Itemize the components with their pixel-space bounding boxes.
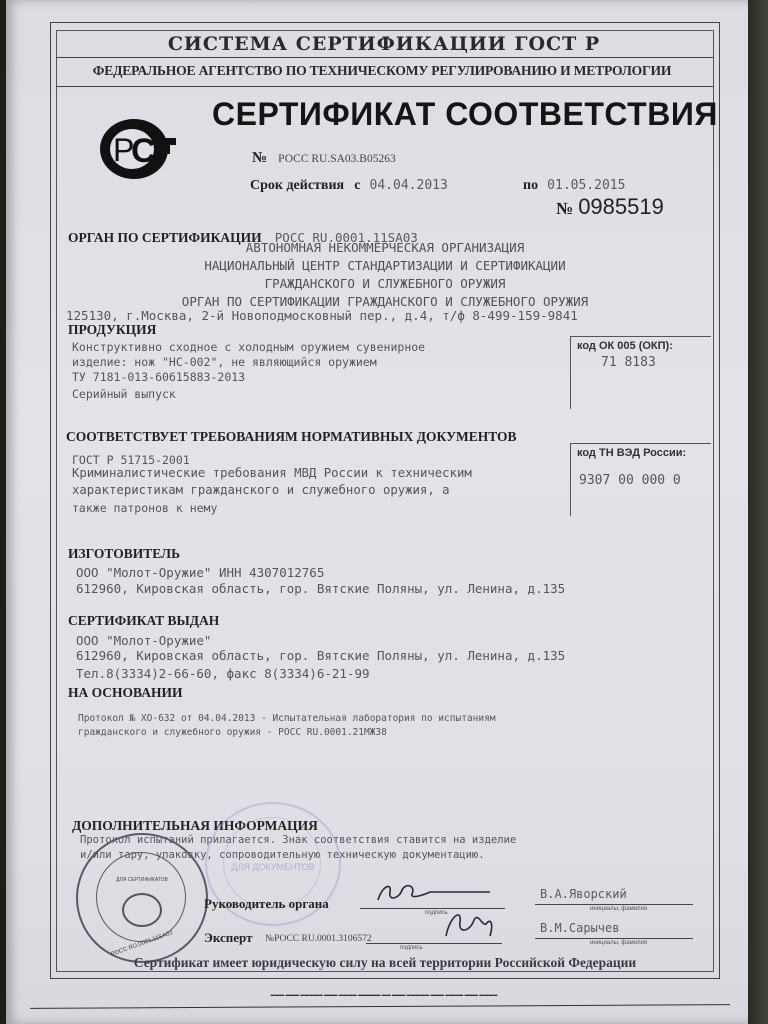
background-edge-right [748,0,768,1024]
okp-code: 71 8183 [571,352,711,370]
header-divider-bottom [56,86,714,87]
compliance-line-4: также патронов к нему [72,501,217,516]
official-seal-icon: ДЛЯ СЕРТИФИКАТОВ РОСС RU.0001.11SA03 [76,833,208,963]
header-divider-top [56,57,714,58]
product-line-4: Серийный выпуск [72,387,176,402]
compliance-line-2: Криминалистические требования МВД России… [72,466,472,481]
expert-registration: №РОСС RU.0001.3106572 [265,934,372,944]
tnved-code-box: код ТН ВЭД России: 9307 00 000 0 [570,443,711,516]
issued-to-line-1: ООО "Молот-Оружие" [76,633,211,648]
head-name-line [535,904,693,905]
tnved-label: код ТН ВЭД России: [571,444,711,459]
product-line-2: изделие: нож "НС-002", не являющийся ору… [72,355,377,370]
head-name-caption: инициалы, фамилия [590,906,647,912]
to-label: по [523,178,538,193]
basis-line-1: Протокол № ХО-632 от 04.04.2013 - Испыта… [78,712,496,725]
validity-period: Срок действия с 04.04.2013 [250,174,448,194]
manufacturer-label: ИЗГОТОВИТЕЛЬ [68,546,180,562]
product-line-3: ТУ 7181-013-60615883-2013 [72,370,245,385]
okp-label: код ОК 005 (ОКП): [571,337,711,352]
svg-text:C: C [131,132,156,170]
certification-body-line-3: ГРАЖДАНСКОГО И СЛУЖЕБНОГО ОРУЖИЯ [60,275,710,294]
manufacturer-line-1: ООО "Молот-Оружие" ИНН 4307012765 [76,565,324,580]
agency-name: ФЕДЕРАЛЬНОЕ АГЕНТСТВО ПО ТЕХНИЧЕСКОМУ РЕ… [62,63,702,79]
number-label: № [252,150,267,166]
printer-fine-print: ▬▬▬ ▬▬▬ ▬▬▬▬▬ ▬▬▬ ▬▬▬▬ ▬▬▬▬▬ ▬▬ ▬▬▬ ▬▬▬▬… [0,992,768,997]
basis-line-2: гражданского и служебного оружия - РОСС … [78,726,387,739]
document-title: СЕРТИФИКАТ СООТВЕТСТВИЯ [212,96,718,133]
head-label: Руководитель органа [204,896,329,912]
from-label: с [354,178,360,193]
product-line-1: Конструктивно сходное с холодным оружием… [72,340,425,355]
product-label: ПРОДУКЦИЯ [68,322,156,338]
number-value: РОСС RU.SA03.B05263 [278,153,396,165]
certificate-number: № РОСС RU.SA03.B05263 [252,147,396,167]
basis-label: НА ОСНОВАНИИ [68,685,182,701]
expert-name-line [535,938,693,939]
rst-conformity-mark-icon: P C [98,118,186,180]
issued-to-line-3: Тел.8(3334)2-66-60, факс 8(3334)6-21-99 [76,666,370,681]
okp-code-box: код ОК 005 (ОКП): 71 8183 [570,336,711,409]
seal-center-text: ДЛЯ СЕРТИФИКАТОВ [78,877,206,883]
blank-number-value: 0985519 [578,194,664,219]
validity-label: Срок действия [250,178,344,193]
valid-from: 04.04.2013 [370,178,448,193]
head-signature-icon [370,878,510,908]
issued-to-line-2: 612960, Кировская область, гор. Вятские … [76,648,565,663]
faint-seal-text: ДЛЯ ДОКУМЕНТОВ [207,862,339,872]
certification-body-line-1: АВТОНОМНАЯ НЕКОММЕРЧЕСКАЯ ОРГАНИЗАЦИЯ [60,239,710,258]
validity-end: по 01.05.2015 [523,174,625,194]
system-title: СИСТЕМА СЕРТИФИКАЦИИ ГОСТ Р [0,33,768,55]
certification-body-address: 125130, г.Москва, 2-й Новоподмосковный п… [66,308,578,323]
valid-to: 01.05.2015 [547,178,625,193]
certification-body-line-2: НАЦИОНАЛЬНЫЙ ЦЕНТР СТАНДАРТИЗАЦИИ И СЕРТ… [60,257,710,276]
expert-signature-icon [440,906,500,944]
blank-number: № 0985519 [556,194,664,220]
legal-notice: Сертификат имеет юридическую силу на все… [60,955,710,971]
expert-label: Эксперт [204,930,252,946]
issued-to-label: СЕРТИФИКАТ ВЫДАН [68,613,219,629]
expert-name-caption: инициалы, фамилия [590,940,647,946]
compliance-label: СООТВЕТСТВУЕТ ТРЕБОВАНИЯМ НОРМАТИВНЫХ ДО… [66,429,517,445]
expert-signature-caption: подпись [400,945,423,951]
head-name: В.А.Яворский [540,887,627,901]
compliance-line-3: характеристикам гражданского и служебног… [72,483,450,498]
tnved-code: 9307 00 000 0 [571,459,711,488]
blank-number-label: № [556,199,573,218]
manufacturer-line-2: 612960, Кировская область, гор. Вятские … [76,581,565,596]
expert-name: В.М.Сарычев [540,921,619,935]
